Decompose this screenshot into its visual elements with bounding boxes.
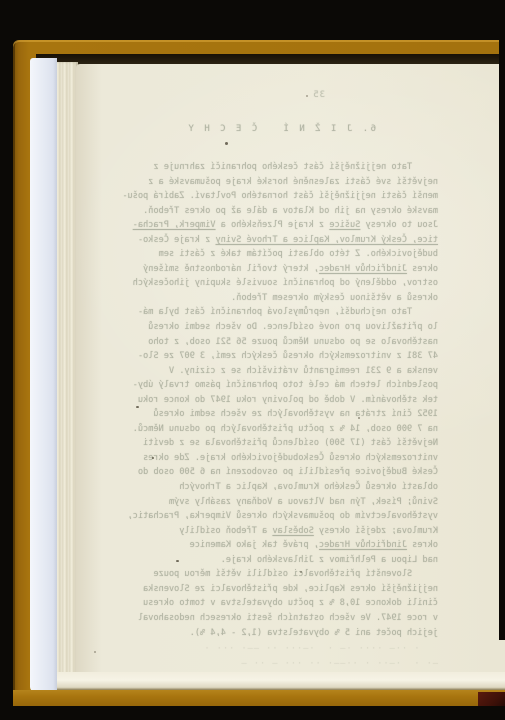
dust-speckle (306, 95, 308, 97)
text-line: okresů a většinou českým okresem Třeboň. (130, 291, 438, 306)
text-line: v roce 1947. Ve všech ostatních šesti ok… (130, 611, 438, 626)
text-line: největší své části zalesněné horské kraj… (130, 175, 438, 190)
photo-crop-edge (499, 0, 505, 640)
dust-speckle (94, 651, 96, 653)
text-line: Tato nejchudší, neprůmyslová pohraniční … (130, 305, 438, 320)
dust-speckle (176, 560, 179, 562)
text-line: menší části nejjižnější část hornatého P… (130, 189, 438, 204)
flyleaf-edge (30, 58, 57, 692)
text-line: Jsou to okresy Sušice z kraje Plzeňského… (130, 218, 438, 233)
ghost-line: –· · ·–·· · ··––· ·· ··· – ·· – (130, 657, 438, 672)
dust-speckle (358, 417, 360, 419)
dust-speckle (300, 571, 302, 573)
page-bottom-edge (57, 672, 505, 690)
text-line: 47 381 z vnitrozemských okresů českých z… (130, 349, 438, 364)
dust-speckle (136, 406, 139, 408)
text-line: tek stěhováním. V době od poloviny roku … (130, 393, 438, 408)
text-line: oblastí okresů Českého Krumlova, Kaplic … (130, 480, 438, 495)
text-line: Krumlova; zdejší okresy Soběslav a Třebo… (130, 524, 438, 539)
text-line: nastěhovalo se po odsunu Němců pouze 56 … (130, 335, 438, 350)
text-line: mavské okresy na jih od Klatov a dále až… (130, 204, 438, 219)
text-line: Tato nejjižnější část českého pohraničí … (130, 160, 438, 175)
page-edge-stack (57, 62, 78, 688)
bleed-through-text: 35 6. J I Ž N Í Č E C H Y Tato nejjižněj… (130, 88, 438, 671)
chapter-heading: 6. J I Ž N Í Č E C H Y (130, 122, 438, 136)
paragraph: Tato nejchudší, neprůmyslová pohraniční … (130, 305, 438, 567)
paragraph: Slovenští přistěhovalci osídlili větší m… (130, 567, 438, 640)
typewritten-text: Tato nejjižnější část českého pohraničí … (130, 160, 438, 640)
text-line: okres Jindřichův Hradec, který tvořil ná… (130, 262, 438, 277)
paragraph: Tato nejjižnější část českého pohraničí … (130, 160, 438, 305)
photo-background (0, 706, 505, 720)
text-line: Svinů; Písek, Týn nad Vltavou a Vodňany … (130, 495, 438, 510)
text-line: Slovenští přistěhovalci osídlili větší m… (130, 567, 438, 582)
text-line: nejjižnější okres Kaplice, kde přistěhov… (130, 582, 438, 597)
dust-speckle (225, 142, 228, 145)
text-line: činili dokonce 10,8 % z počtu obyvatelst… (130, 596, 438, 611)
ghost-line: · ··– ···· ·– · ·–··· ·· ––· ··· · (130, 642, 438, 657)
page-number: 35 (130, 88, 438, 102)
text-line: okres Jindřichův Hradec, právě tak jako … (130, 538, 438, 553)
text-line: jejich počet ani 5 % obyvatelstva (1,2 -… (130, 626, 438, 641)
scanned-book-photo: 35 6. J I Ž N Í Č E C H Y Tato nejjižněj… (0, 0, 505, 720)
text-line: na 7 900 osob, 14 % z počtu přistěhovalý… (130, 422, 438, 437)
text-line: posledních letech má celé toto pohraničn… (130, 378, 438, 393)
ghost-lines: · ··– ···· ·– · ·–··· ·· ––· ··· ·–· · ·… (130, 642, 438, 671)
text-line: 1952 činí ztráta na vystěhovalých ze vše… (130, 407, 438, 422)
text-line: lo přitažlivou pro nové osídlence. Do vš… (130, 320, 438, 335)
text-line: České Budějovice přesídlili po osvobozen… (130, 465, 438, 480)
text-line: budějovického. Z této oblasti počítám ta… (130, 247, 438, 262)
text-line: venska a 9 231 reemigrantů vrátivších se… (130, 364, 438, 379)
text-line: vnitrozemských okresů Českobudějovického… (130, 451, 438, 466)
text-line: Největší část (17 500) osídlenců přistěh… (130, 436, 438, 451)
text-line: vystěhovalectvím do pošumavských okresů … (130, 509, 438, 524)
text-line: ostrov, oddělený od pohraniční souvislé … (130, 276, 438, 291)
text-line: tice, Český Krumlov, Kaplice a Trhové Sv… (130, 233, 438, 248)
dust-speckle (152, 457, 154, 459)
